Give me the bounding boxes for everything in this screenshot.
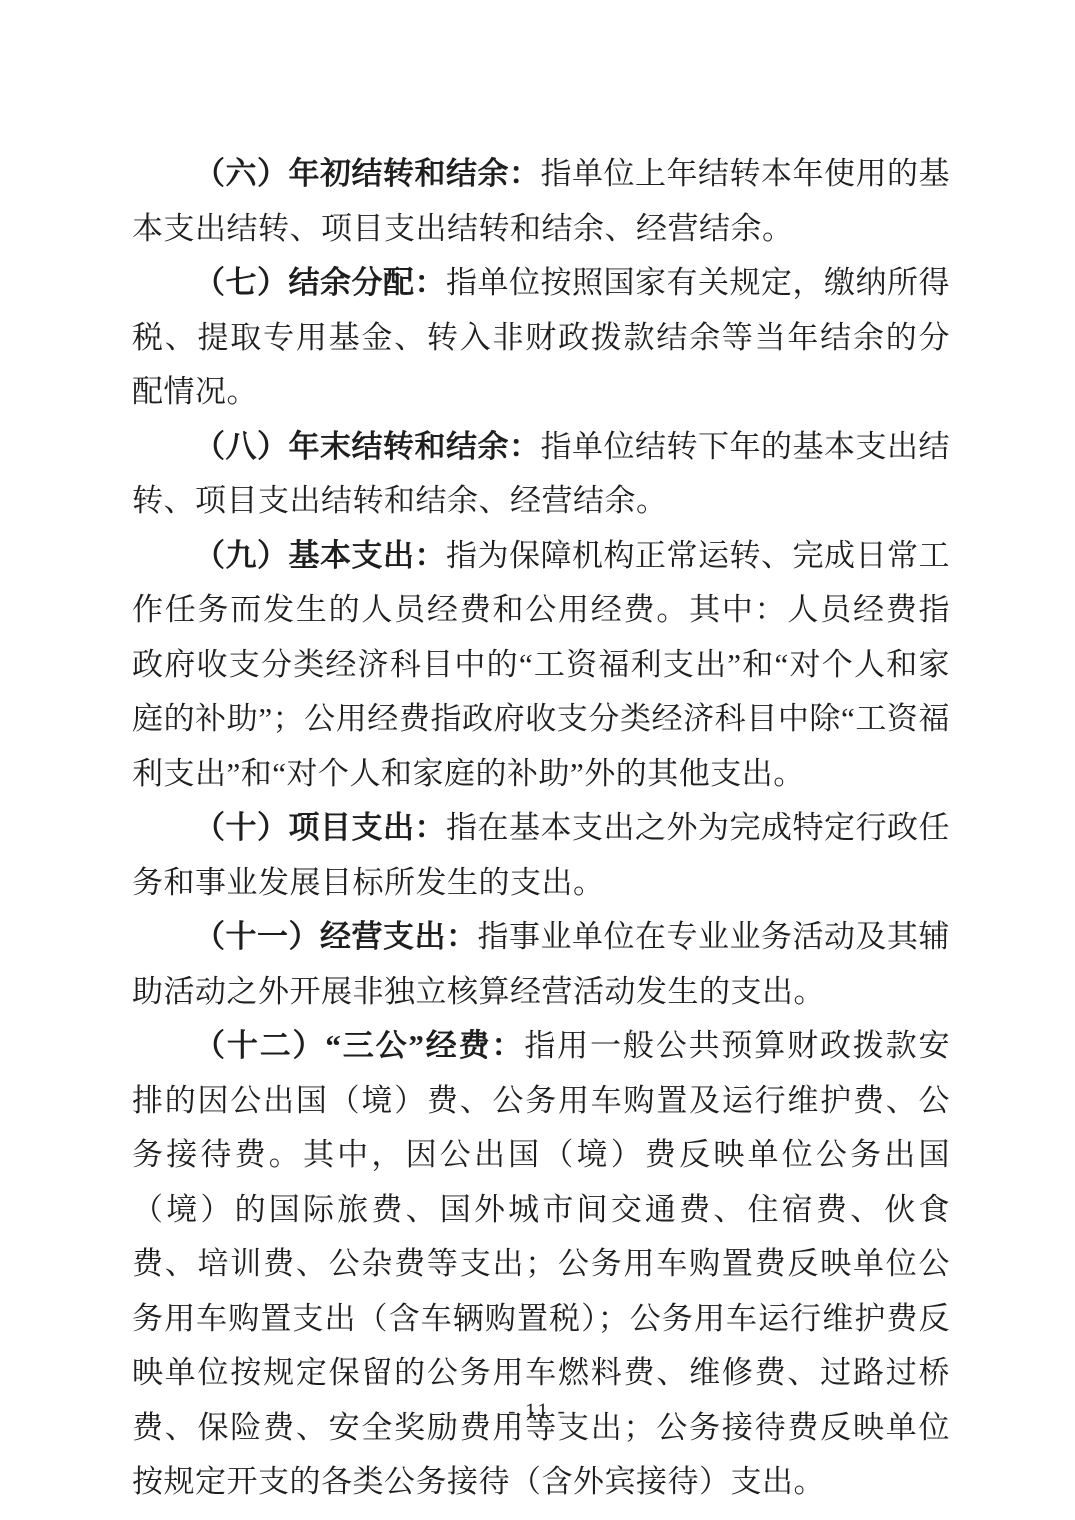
definition-paragraph: （七）结余分配：指单位按照国家有关规定，缴纳所得税、提取专用基金、转入非财政拨款… xyxy=(132,256,950,420)
term-label: （十一）经营支出： xyxy=(194,919,478,954)
term-label: （八）年末结转和结余： xyxy=(194,429,541,464)
definition-paragraph: （十二）“三公”经费：指用一般公共预算财政拨款安排的因公出国（境）费、公务用车购… xyxy=(132,1019,950,1510)
definition-paragraph: （九）基本支出：指为保障机构正常运转、完成日常工作任务而发生的人员经费和公用经费… xyxy=(132,529,950,802)
term-label: （十二）“三公”经费： xyxy=(194,1028,524,1063)
term-label: （九）基本支出： xyxy=(194,538,446,573)
term-label: （十）项目支出： xyxy=(194,810,446,845)
definition-paragraph: （八）年末结转和结余：指单位结转下年的基本支出结转、项目支出结转和结余、经营结余… xyxy=(132,420,950,529)
term-label: （六）年初结转和结余： xyxy=(194,156,541,191)
term-label: （七）结余分配： xyxy=(194,265,446,300)
definition-paragraph: （十一）经营支出：指事业单位在专业业务活动及其辅助活动之外开展非独立核算经营活动… xyxy=(132,910,950,1019)
definition-paragraph: （六）年初结转和结余：指单位上年结转本年使用的基本支出结转、项目支出结转和结余、… xyxy=(132,147,950,256)
definition-text: 指为保障机构正常运转、完成日常工作任务而发生的人员经费和公用经费。其中：人员经费… xyxy=(132,538,950,791)
document-body: （六）年初结转和结余：指单位上年结转本年使用的基本支出结转、项目支出结转和结余、… xyxy=(132,147,950,1510)
definition-text: 指用一般公共预算财政拨款安排的因公出国（境）费、公务用车购置及运行维护费、公务接… xyxy=(132,1028,950,1499)
definition-paragraph: （十）项目支出：指在基本支出之外为完成特定行政任务和事业发展目标所发生的支出。 xyxy=(132,801,950,910)
page-number: - 11 - xyxy=(0,1398,1075,1424)
document-page: （六）年初结转和结余：指单位上年结转本年使用的基本支出结转、项目支出结转和结余、… xyxy=(0,0,1075,1520)
